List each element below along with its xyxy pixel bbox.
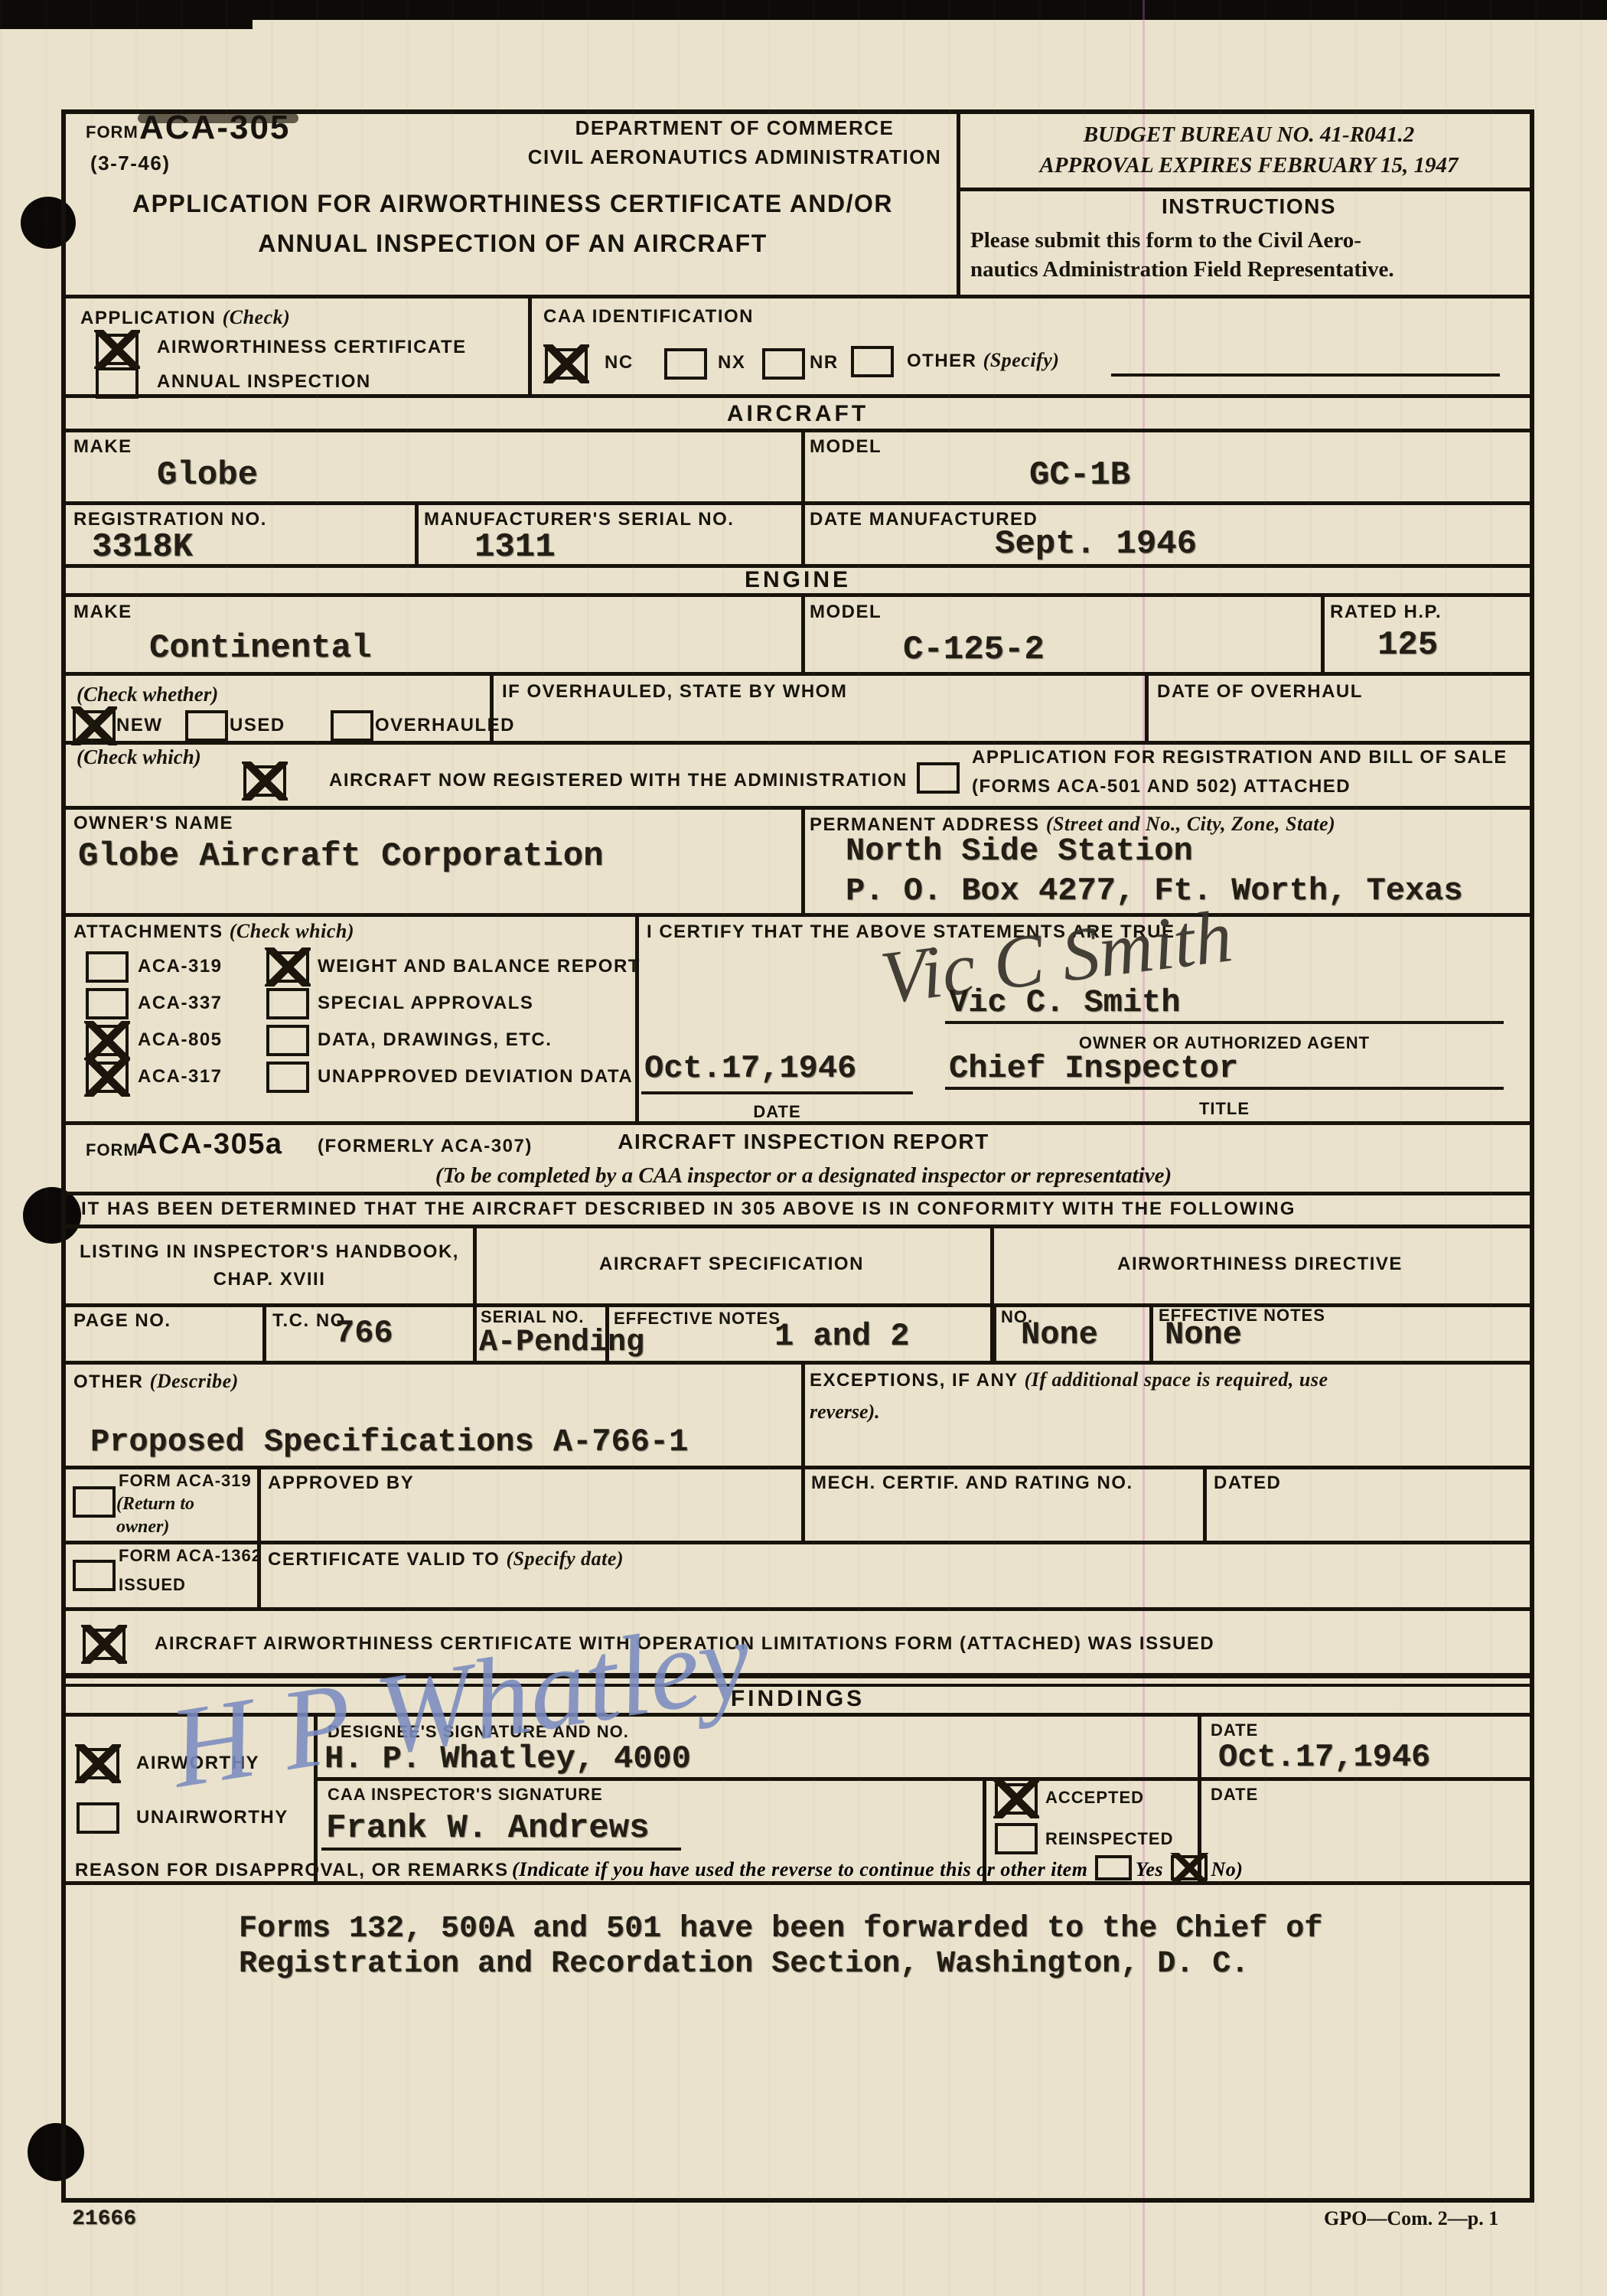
dated-label: DATED [1214, 1473, 1281, 1494]
airworthiness-certificate-checkbox [96, 334, 139, 365]
inspector-signature-line [321, 1848, 681, 1851]
application-label-check: (Check) [223, 306, 291, 328]
divider [993, 1303, 996, 1361]
report-title: AIRCRAFT INSPECTION REPORT [497, 1130, 1110, 1154]
annual-inspection-label: ANNUAL INSPECTION [157, 371, 371, 393]
attachments-label: ATTACHMENTS (Check which) [73, 920, 354, 943]
divider [1203, 1466, 1207, 1541]
airworthy-checkbox [77, 1748, 119, 1779]
nr-label: NR [810, 352, 839, 373]
registered-label: AIRCRAFT NOW REGISTERED WITH THE ADMINIS… [329, 770, 908, 791]
certificate-issued-label: AIRCRAFT AIRWORTHINESS CERTIFICATE WITH … [155, 1633, 1214, 1655]
divider [528, 295, 532, 396]
dept-line1: DEPARTMENT OF COMMERCE [429, 116, 1041, 140]
registration-no-value: 3318K [92, 528, 193, 566]
divider [801, 501, 805, 564]
form-aca1362-issued: ISSUED [119, 1575, 186, 1595]
other-specify-label: (Specify) [983, 349, 1060, 371]
nr-checkbox [762, 348, 805, 380]
punch-hole-top [21, 197, 76, 249]
address-line1: North Side Station [846, 833, 1193, 869]
divider [66, 1541, 1530, 1544]
reinspected-label: REINSPECTED [1045, 1829, 1173, 1849]
divider [66, 1673, 1530, 1678]
exceptions-label-text: EXCEPTIONS, IF ANY [810, 1370, 1018, 1391]
divider [635, 913, 639, 1121]
divider [801, 1466, 805, 1541]
application-label: APPLICATION [80, 308, 216, 328]
report-form-number: ACA-305a [136, 1128, 283, 1161]
form-aca319-return2: owner) [116, 1517, 169, 1538]
other-label-text: OTHER [73, 1371, 144, 1392]
other-value: Proposed Specifications A-766-1 [90, 1424, 688, 1460]
reinspected-checkbox [995, 1823, 1038, 1854]
divider [66, 1225, 1530, 1228]
approved-by-label: APPROVED BY [268, 1473, 414, 1494]
divider [801, 806, 805, 913]
divider [66, 672, 1530, 676]
engine-new-label: NEW [116, 715, 163, 736]
owner-name-value: Globe Aircraft Corporation [78, 837, 604, 876]
date-manufactured-value: Sept. 1946 [995, 525, 1197, 563]
divider [314, 1777, 1530, 1781]
divider [66, 1121, 1530, 1125]
effective-notes2-value: None [1165, 1316, 1242, 1353]
certify-statement: I CERTIFY THAT THE ABOVE STATEMENTS ARE … [647, 921, 1175, 943]
owner-signature-typed: Vic C. Smith [949, 984, 1180, 1021]
rated-hp-label: RATED H.P. [1330, 602, 1442, 623]
date-caption: DATE [641, 1102, 913, 1122]
data-drawings-label: DATA, DRAWINGS, ETC. [318, 1029, 552, 1051]
designee-signature-label: DESIGNEE'S SIGNATURE AND NO. [328, 1722, 629, 1742]
attachments-label-text: ATTACHMENTS [73, 921, 223, 942]
dept-line2: CIVIL AERONAUTICS ADMINISTRATION [429, 145, 1041, 169]
findings-date2-label: DATE [1211, 1785, 1258, 1805]
nx-checkbox [664, 348, 707, 380]
address-line2: P. O. Box 4277, Ft. Worth, Texas [846, 872, 1463, 909]
findings-date-label: DATE [1211, 1720, 1258, 1740]
engine-model-value: C-125-2 [903, 631, 1045, 669]
other-specify-line [1111, 373, 1500, 377]
divider [66, 1192, 1530, 1195]
rated-hp-value: 125 [1377, 626, 1438, 664]
scan-edge-strip-corner [0, 0, 253, 29]
divider [262, 1303, 266, 1361]
application-attached-line2: (FORMS ACA-501 AND 502) ATTACHED [972, 776, 1351, 797]
directive-no-value: None [1021, 1316, 1098, 1353]
divider [66, 1881, 1530, 1885]
budget-bureau-no: BUDGET BUREAU NO. 41-R041.2 [966, 122, 1532, 148]
aircraft-model-label: MODEL [810, 436, 882, 458]
mech-certif-label: MECH. CERTIF. AND RATING NO. [811, 1473, 1133, 1494]
aca-337-label: ACA-337 [138, 993, 223, 1014]
divider [801, 1361, 805, 1466]
remarks-body-line2: Registration and Recordation Section, Wa… [239, 1947, 1249, 1981]
unairworthy-label: UNAIRWORTHY [136, 1807, 288, 1828]
form-number: ACA-305 [139, 109, 290, 147]
application-section-label: APPLICATION (Check) [80, 306, 290, 329]
form-aca1362-checkbox [73, 1560, 116, 1591]
title-typed: Chief Inspector [949, 1050, 1238, 1087]
engine-make-value: Continental [149, 629, 371, 667]
address-label: PERMANENT ADDRESS [810, 814, 1040, 835]
aca-319-label: ACA-319 [138, 956, 223, 977]
directive-header: AIRWORTHINESS DIRECTIVE [990, 1254, 1530, 1275]
weight-balance-checkbox [266, 951, 309, 983]
unapproved-deviation-checkbox [266, 1062, 309, 1093]
divider [490, 672, 494, 741]
listing-header-line1: LISTING IN INSPECTOR'S HANDBOOK, [66, 1241, 473, 1263]
owner-name-label: OWNER'S NAME [73, 813, 233, 834]
exceptions-label: EXCEPTIONS, IF ANY (If additional space … [810, 1368, 1328, 1391]
divider [415, 501, 419, 564]
signature-line [945, 1021, 1504, 1024]
remarks-body-line1: Forms 132, 500A and 501 have been forwar… [239, 1912, 1322, 1946]
divider [66, 394, 1530, 398]
caa-inspector-signature-label: CAA INSPECTOR'S SIGNATURE [328, 1785, 603, 1805]
exceptions-label-italic: (If additional space is required, use [1025, 1368, 1328, 1391]
other-checkbox [851, 346, 894, 377]
form-date: (3-7-46) [90, 152, 170, 175]
other-describe-label: OTHER (Describe) [73, 1370, 239, 1393]
approval-expires: APPROVAL EXPIRES FEBRUARY 15, 1947 [966, 153, 1532, 178]
serial-no-label: SERIAL NO. [481, 1307, 585, 1327]
instructions-title: INSTRUCTIONS [966, 194, 1532, 219]
aircraft-band: AIRCRAFT [66, 401, 1530, 427]
serial-no-value: A-Pending [479, 1326, 644, 1360]
divider [66, 593, 1530, 597]
divider [66, 1713, 1530, 1717]
application-attached-checkbox [917, 762, 960, 794]
form-title-line1: APPLICATION FOR AIRWORTHINESS CERTIFICAT… [69, 190, 957, 218]
divider [66, 806, 1530, 810]
findings-date-value: Oct.17,1946 [1218, 1739, 1430, 1776]
engine-used-label: USED [230, 715, 285, 736]
scanned-form-page: FORM ACA-305 (3-7-46) DEPARTMENT OF COMM… [0, 0, 1607, 2296]
engine-new-checkbox [73, 710, 116, 742]
airworthy-label: AIRWORTHY [136, 1753, 259, 1774]
other-label-describe: (Describe) [150, 1370, 239, 1392]
form-label: FORM [86, 122, 139, 142]
engine-overhauled-label: OVERHAULED [375, 715, 515, 736]
check-whether-label: (Check whether) [77, 683, 218, 706]
aca-805-checkbox [86, 1025, 129, 1056]
divider [957, 109, 960, 298]
special-approvals-label: SPECIAL APPROVALS [318, 993, 533, 1014]
remarks-no-checkbox [1171, 1855, 1208, 1880]
footer-gpo: GPO—Com. 2—p. 1 [1324, 2207, 1498, 2230]
date-line [641, 1091, 913, 1094]
remarks-no-label: No) [1211, 1858, 1244, 1880]
remarks-header-text: REASON FOR DISAPPROVAL, OR REMARKS [75, 1860, 509, 1880]
caa-inspector-signature-typed: Frank W. Andrews [326, 1809, 649, 1848]
divider [957, 188, 1530, 191]
aircraft-make-label: MAKE [73, 436, 132, 458]
form-aca319-label: FORM ACA-319 [119, 1471, 252, 1491]
form-aca319-checkbox [73, 1486, 116, 1518]
engine-model-label: MODEL [810, 602, 882, 623]
registered-checkbox [243, 765, 286, 797]
findings-band: FINDINGS [66, 1686, 1530, 1712]
divider [66, 295, 1530, 298]
overhaul-date-label: DATE OF OVERHAUL [1157, 681, 1363, 703]
application-attached-line1: APPLICATION FOR REGISTRATION AND BILL OF… [972, 747, 1508, 768]
effective-notes-value: 1 and 2 [774, 1318, 909, 1355]
divider [66, 1607, 1530, 1611]
remarks-header: REASON FOR DISAPPROVAL, OR REMARKS (Indi… [75, 1855, 1243, 1881]
airworthiness-certificate-label: AIRWORTHINESS CERTIFICATE [157, 337, 467, 358]
attachments-label-check: (Check which) [230, 920, 354, 942]
title-line [945, 1087, 1504, 1090]
designee-signature-typed: H. P. Whatley, 4000 [324, 1740, 691, 1777]
form-title-line2: ANNUAL INSPECTION OF AN AIRCRAFT [69, 230, 957, 258]
divider [473, 1225, 477, 1361]
engine-band: ENGINE [66, 567, 1530, 593]
divider [801, 429, 805, 501]
divider [66, 429, 1530, 432]
divider [66, 1466, 1530, 1469]
divider [1149, 1303, 1153, 1361]
instructions-line1: Please submit this form to the Civil Aer… [970, 228, 1361, 253]
aca-805-label: ACA-805 [138, 1029, 223, 1051]
mfr-serial-label: MANUFACTURER'S SERIAL NO. [424, 509, 734, 530]
nc-label: NC [605, 352, 634, 373]
unapproved-deviation-label: UNAPPROVED DEVIATION DATA [318, 1066, 633, 1088]
valid-to-specify: (Specify date) [507, 1548, 624, 1570]
aircraft-make-value: Globe [157, 456, 258, 494]
mfr-serial-value: 1311 [474, 528, 556, 566]
valid-to-text: CERTIFICATE VALID TO [268, 1549, 500, 1570]
exceptions-label-line2: reverse). [810, 1401, 880, 1424]
other-label: OTHER [907, 351, 977, 371]
divider [66, 741, 1530, 745]
certificate-issued-checkbox [83, 1629, 125, 1660]
other-id-label: OTHER (Specify) [907, 349, 1059, 372]
divider [66, 501, 1530, 505]
divider [1321, 593, 1325, 672]
report-form-label: FORM [86, 1140, 139, 1160]
effective-notes-label: EFFECTIVE NOTES [614, 1309, 781, 1329]
aca-317-label: ACA-317 [138, 1066, 223, 1088]
divider [66, 1361, 1530, 1365]
accepted-checkbox [995, 1783, 1038, 1815]
remarks-yes-label: Yes [1136, 1858, 1163, 1880]
divider [257, 1466, 261, 1541]
footer-serial: 21666 [72, 2207, 136, 2231]
data-drawings-checkbox [266, 1025, 309, 1056]
aircraft-model-value: GC-1B [1029, 456, 1130, 494]
punch-hole-bottom [28, 2123, 84, 2181]
unairworthy-checkbox [77, 1802, 119, 1834]
determination-statement: IT HAS BEEN DETERMINED THAT THE AIRCRAFT… [81, 1199, 1296, 1220]
aca-319-checkbox [86, 951, 129, 983]
instructions-line2: nautics Administration Field Representat… [970, 257, 1394, 282]
divider [66, 913, 1530, 917]
remarks-yes-checkbox [1095, 1855, 1132, 1880]
page-no-label: PAGE NO. [73, 1310, 171, 1332]
report-subtitle: (To be completed by a CAA inspector or a… [230, 1163, 1377, 1189]
engine-make-label: MAKE [73, 602, 132, 623]
nc-checkbox [545, 348, 588, 380]
aca-317-checkbox [86, 1062, 129, 1093]
accepted-label: ACCEPTED [1045, 1788, 1144, 1808]
caa-identification-label: CAA IDENTIFICATION [543, 306, 754, 328]
nx-label: NX [718, 352, 745, 373]
address-label-detail: (Street and No., City, Zone, State) [1046, 813, 1335, 835]
divider [801, 593, 805, 672]
divider [257, 1541, 261, 1607]
spec-header: AIRCRAFT SPECIFICATION [473, 1254, 990, 1275]
special-approvals-checkbox [266, 988, 309, 1019]
title-caption: TITLE [945, 1099, 1504, 1119]
form-aca1362-label: FORM ACA-1362 [119, 1546, 262, 1566]
listing-header-line2: CHAP. XVIII [66, 1269, 473, 1290]
punch-hole-middle [23, 1187, 81, 1244]
engine-overhauled-checkbox [331, 710, 373, 742]
divider [1145, 672, 1149, 741]
form-aca319-return1: (Return to [116, 1494, 194, 1515]
registration-no-label: REGISTRATION NO. [73, 509, 267, 530]
check-which-label: (Check which) [77, 745, 201, 769]
weight-balance-label: WEIGHT AND BALANCE REPORT [318, 956, 641, 977]
remar ks-header-italic: (Indicate if you have used the reverse t… [512, 1858, 1087, 1880]
engine-used-checkbox [185, 710, 228, 742]
overhaul-by-label: IF OVERHAULED, STATE BY WHOM [502, 681, 847, 703]
certificate-valid-label: CERTIFICATE VALID TO (Specify date) [268, 1548, 624, 1570]
aca-337-checkbox [86, 988, 129, 1019]
tc-no-value: 766 [335, 1315, 393, 1352]
certify-date-value: Oct.17,1946 [644, 1050, 856, 1087]
